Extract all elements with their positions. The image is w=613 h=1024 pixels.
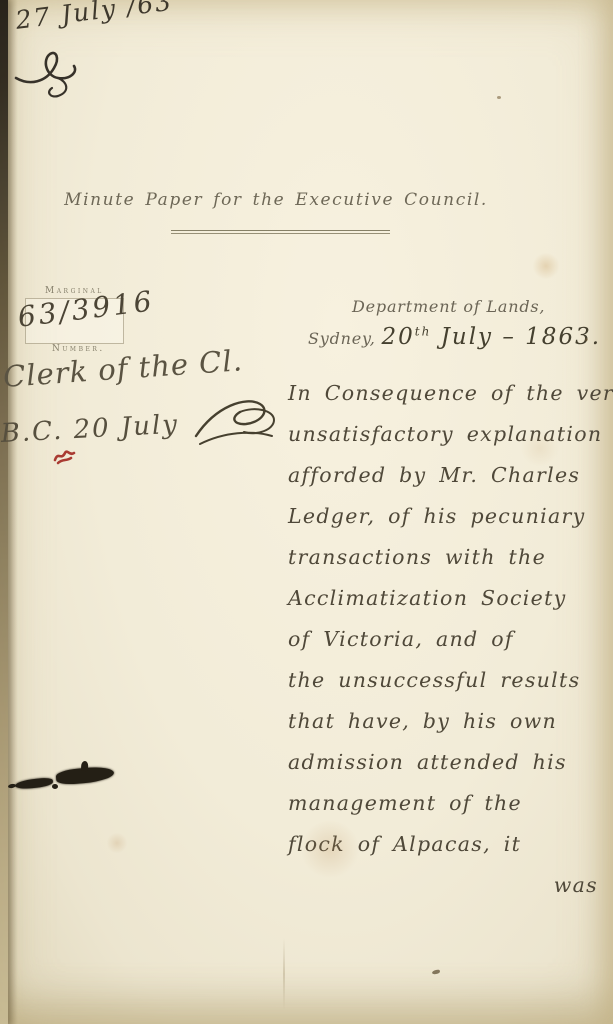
initials-flourish-mark — [12, 42, 112, 102]
binding-edge — [0, 0, 8, 1024]
body-line: unsatisfactory explanation — [288, 414, 612, 455]
bc-date-note: B.C. 20 July — [0, 410, 180, 449]
ink-blot-large — [55, 766, 114, 786]
clerk-of-council-note: Clerk of the Cl. — [2, 343, 244, 394]
ink-blot-speck — [52, 784, 58, 789]
minute-body: In Consequence of the very unsatisfactor… — [288, 373, 612, 906]
paper-speck — [497, 96, 501, 99]
paper-speck — [432, 969, 441, 975]
foxing-stain — [532, 253, 560, 279]
body-line: In Consequence of the very — [288, 373, 612, 414]
minute-paper-page: 27 July /63 Minute Paper for the Executi… — [0, 0, 613, 1024]
ink-blot — [8, 762, 128, 802]
body-line: the unsuccessful results — [288, 660, 612, 701]
paper-crease — [283, 938, 285, 1010]
body-line: that have, by his own — [288, 701, 612, 742]
handwritten-date: 20th July – 1863. — [382, 324, 602, 350]
body-line: Ledger, of his pecuniary — [288, 496, 612, 537]
catchword: was — [288, 865, 612, 906]
date-rest: July – 1863. — [441, 324, 601, 350]
ink-blot-speck — [8, 783, 17, 788]
body-line: transactions with the — [288, 537, 612, 578]
place-label: Sydney, — [308, 329, 376, 348]
place-date-line: Sydney, 20th July – 1863. — [308, 324, 601, 350]
signature-flourish-mark — [190, 392, 280, 450]
body-line: admission attended his — [288, 742, 612, 783]
foxing-stain — [106, 833, 128, 853]
paper-speck — [585, 338, 588, 341]
document-title: Minute Paper for the Executive Council. — [64, 190, 488, 210]
date-day: 20 — [382, 324, 415, 350]
body-line: flock of Alpacas, it — [288, 824, 612, 865]
binding-edge-shadow — [8, 0, 18, 1024]
date-day-suffix: th — [415, 324, 432, 338]
red-ink-mark — [52, 448, 78, 466]
body-line: management of the — [288, 783, 612, 824]
ink-blot-small — [15, 777, 54, 790]
title-double-rule — [171, 230, 390, 234]
body-line: Acclimatization Society — [288, 578, 612, 619]
department-line: Department of Lands, — [352, 297, 538, 316]
registry-date-note: 27 July /63 — [14, 0, 175, 35]
body-line: of Victoria, and of — [288, 619, 612, 660]
body-line: afforded by Mr. Charles — [288, 455, 612, 496]
